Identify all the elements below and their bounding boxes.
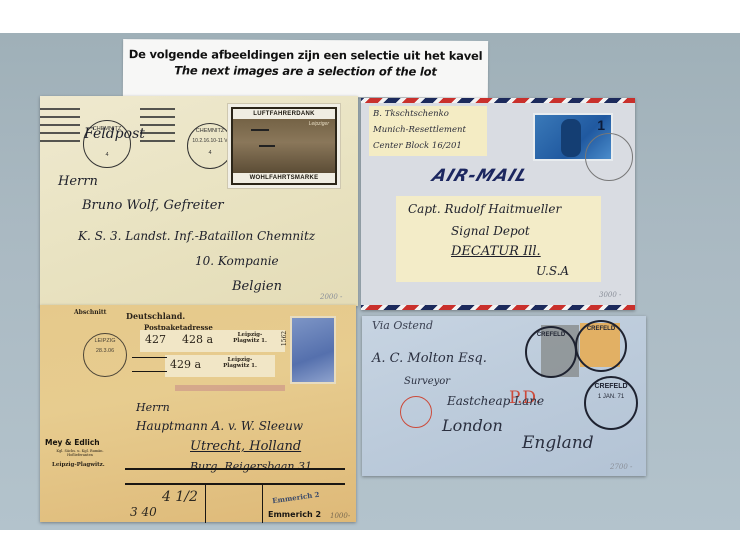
red-transit-postmark bbox=[400, 396, 432, 428]
sender-detail: Kgl. Sächs. u. Kgl. Rumän. Hoflieferante… bbox=[44, 449, 116, 457]
caption-english: The next images are a selection of the l… bbox=[123, 63, 488, 79]
machine-cancel-lines bbox=[140, 108, 175, 148]
address-line: Bruno Wolf, Gefreiter bbox=[82, 198, 224, 213]
vignette-title: LUFTFAHRERDANK bbox=[233, 109, 335, 119]
airplane-icon bbox=[251, 129, 269, 131]
postmark-crefeld: CREFELD bbox=[525, 326, 577, 378]
caption-dutch: De volgende afbeeldingen zijn een select… bbox=[123, 47, 488, 63]
airmail-stripe-border bbox=[361, 305, 635, 310]
address-line: Herrn bbox=[136, 401, 170, 414]
section-label: Abschnitt bbox=[74, 309, 106, 316]
machine-cancel-lines bbox=[40, 108, 80, 148]
parcel-card: Abschnitt Deutschland. Postpaketadresse … bbox=[40, 305, 356, 522]
sender-label: B. Tkschtschenko Munich-Resettlement Cen… bbox=[369, 106, 487, 156]
address-line: London bbox=[442, 416, 503, 435]
weight-handwritten: 4 1/2 bbox=[162, 489, 198, 505]
vignette-overprint: Leipziger bbox=[309, 121, 329, 127]
sender-name: Mey & Edlich bbox=[45, 438, 100, 447]
country-label: Deutschland. bbox=[126, 311, 185, 321]
red-cancel-stroke bbox=[175, 385, 285, 391]
airplane-icon bbox=[259, 145, 275, 147]
postmark-leipzig: LEIPZIG 28.3.06 bbox=[83, 333, 127, 377]
lot-caption-card: De volgende afbeeldingen zijn een select… bbox=[123, 39, 488, 98]
airmail-stripe-border bbox=[361, 98, 635, 103]
total-handwritten: 3 40 bbox=[130, 505, 157, 519]
address-line: 10. Kompanie bbox=[195, 254, 279, 268]
postmark-crefeld: CREFELD 1 JAN. 71 bbox=[584, 376, 638, 430]
postmark-crefeld: CREFELD bbox=[575, 320, 627, 372]
address-line: England bbox=[522, 433, 594, 453]
address-line: A. C. Molton Esq. bbox=[372, 351, 487, 366]
address-line: Herrn bbox=[58, 174, 98, 189]
address-line: Surveyor bbox=[404, 376, 450, 387]
airmail-logo: AIR-MAIL bbox=[429, 166, 531, 186]
airmail-envelope: B. Tkschtschenko Munich-Resettlement Cen… bbox=[361, 98, 635, 310]
address-line: Burg. Reigersbaan 31 bbox=[190, 460, 312, 473]
luftfahrerdank-vignette: LUFTFAHRERDANK WOHLFAHRTSMARKE Leipziger bbox=[227, 103, 341, 189]
address-line: K. S. 3. Landst. Inf.-Bataillon Chemnitz bbox=[78, 229, 315, 243]
route-instruction: Via Ostend bbox=[372, 319, 433, 332]
statue-figure-icon bbox=[561, 119, 581, 157]
exchange-office-stamp: Emmerich 2 bbox=[268, 510, 321, 519]
postmark-munich bbox=[585, 133, 633, 181]
feldpost-handwriting: Feldpost bbox=[84, 126, 145, 142]
price-annotation: 2700 - bbox=[610, 463, 632, 471]
address-line: Hauptmann A. v. W. Sleeuw bbox=[136, 419, 303, 433]
address-line: Eastcheap Lane bbox=[447, 394, 544, 408]
address-line: Belgien bbox=[232, 279, 282, 294]
parcel-number-slip: 427 428 a Leipzig-Plagwitz 1. bbox=[140, 330, 285, 352]
price-annotation: 3000 - bbox=[599, 291, 621, 299]
parcel-number-slip: 429 a Leipzig-Plagwitz 1. bbox=[165, 355, 275, 377]
address-label: Capt. Rudolf Haitmueller Signal Depot DE… bbox=[396, 196, 601, 282]
crefeld-envelope: Via Ostend CREFELD CREFELD CREFELD 1 JAN… bbox=[362, 316, 646, 476]
exchange-office-stamp: Emmerich 2 bbox=[272, 490, 320, 506]
price-annotation: 2000 - bbox=[320, 293, 342, 301]
sender-place: Leipzig-Plagwitz. bbox=[52, 462, 105, 468]
price-annotation: 1000- bbox=[330, 512, 350, 520]
feldpost-envelope: CHEMNITZ 4 CHEMNITZ 10.2.16.10-11 V 4 Fe… bbox=[40, 96, 358, 306]
registration-number: 1562 bbox=[281, 331, 288, 346]
address-line: Utrecht, Holland bbox=[190, 439, 301, 454]
vignette-subtitle: WOHLFAHRTSMARKE bbox=[233, 173, 335, 183]
germania-stamp bbox=[290, 316, 336, 384]
